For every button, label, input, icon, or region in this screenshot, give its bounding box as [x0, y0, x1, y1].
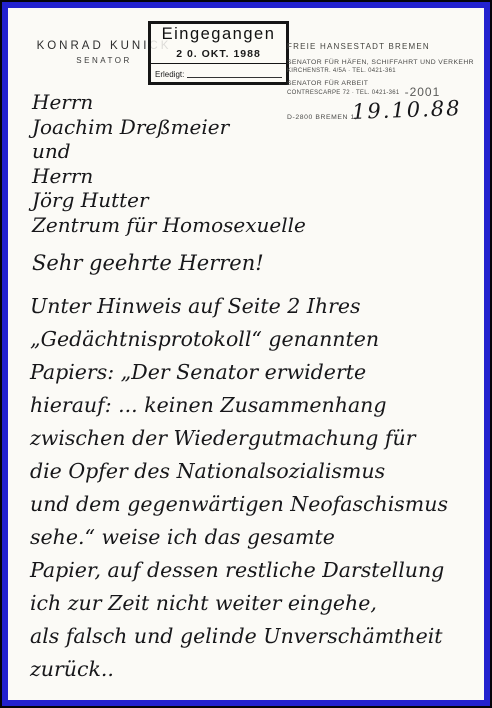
phone-extension: -2001: [405, 89, 441, 96]
body-line: zurück..: [30, 653, 480, 686]
letter-page: KONRAD KUNICK SENATOR Eingegangen 2 0. O…: [2, 2, 490, 706]
authority-block: FREIE HANSESTADT BREMEN SENATOR FÜR HÄFE…: [287, 42, 477, 96]
body-line: die Opfer des Nationalsozialismus: [30, 455, 480, 488]
stamp-date: 2 0. OKT. 1988: [151, 48, 286, 60]
body-line: „Gedächtnisprotokoll“ genannten: [30, 323, 480, 356]
received-stamp: Eingegangen 2 0. OKT. 1988 Erledigt:: [148, 21, 289, 85]
letter-body: Unter Hinweis auf Seite 2 Ihres „Gedächt…: [30, 290, 480, 686]
recipient-line: Zentrum für Homosexuelle: [32, 213, 306, 238]
recipient-line: Herrn: [32, 90, 306, 115]
recipient-line: und: [32, 139, 306, 164]
recipient-address: Herrn Joachim Dreßmeier und Herrn Jörg H…: [32, 90, 306, 237]
salutation: Sehr geehrte Herren!: [32, 251, 264, 275]
authority-address-1: KIRCHENSTR. 4/5A · TEL. 0421-361: [287, 68, 477, 74]
stamp-title: Eingegangen: [151, 25, 286, 44]
recipient-line: Joachim Dreßmeier: [32, 115, 306, 140]
recipient-line: Herrn: [32, 164, 306, 189]
recipient-line: Jörg Hutter: [32, 188, 306, 213]
body-line: und dem gegenwärtigen Neofaschismus: [30, 488, 480, 521]
body-line: Papiers: „Der Senator erwiderte: [30, 356, 480, 389]
stamp-done-blank-line: [187, 77, 282, 78]
authority-office-2: SENATOR FÜR ARBEIT: [287, 80, 477, 87]
stamp-done-label: Erledigt:: [155, 70, 184, 79]
body-line: zwischen der Wiedergutmachung für: [30, 422, 480, 455]
authority-address-2-row: CONTRESCARPE 72 · TEL. 0421-361 -2001: [287, 89, 477, 96]
handwritten-date: 19.10.88: [352, 96, 462, 124]
authority-office-1: SENATOR FÜR HÄFEN, SCHIFFAHRT UND VERKEH…: [287, 59, 477, 66]
body-line: ich zur Zeit nicht weiter eingehe,: [30, 587, 480, 620]
body-line: Unter Hinweis auf Seite 2 Ihres: [30, 290, 480, 323]
authority-state: FREIE HANSESTADT BREMEN: [287, 42, 477, 51]
body-line: hierauf: ... keinen Zusammenhang: [30, 389, 480, 422]
stamp-done-row: Erledigt:: [151, 63, 286, 82]
body-line: Papier, auf dessen restliche Darstellung: [30, 554, 480, 587]
body-line: sehe.“ weise ich das gesamte: [30, 521, 480, 554]
body-line: als falsch und gelinde Unverschämtheit: [30, 620, 480, 653]
scanned-letter-frame: KONRAD KUNICK SENATOR Eingegangen 2 0. O…: [0, 0, 492, 708]
